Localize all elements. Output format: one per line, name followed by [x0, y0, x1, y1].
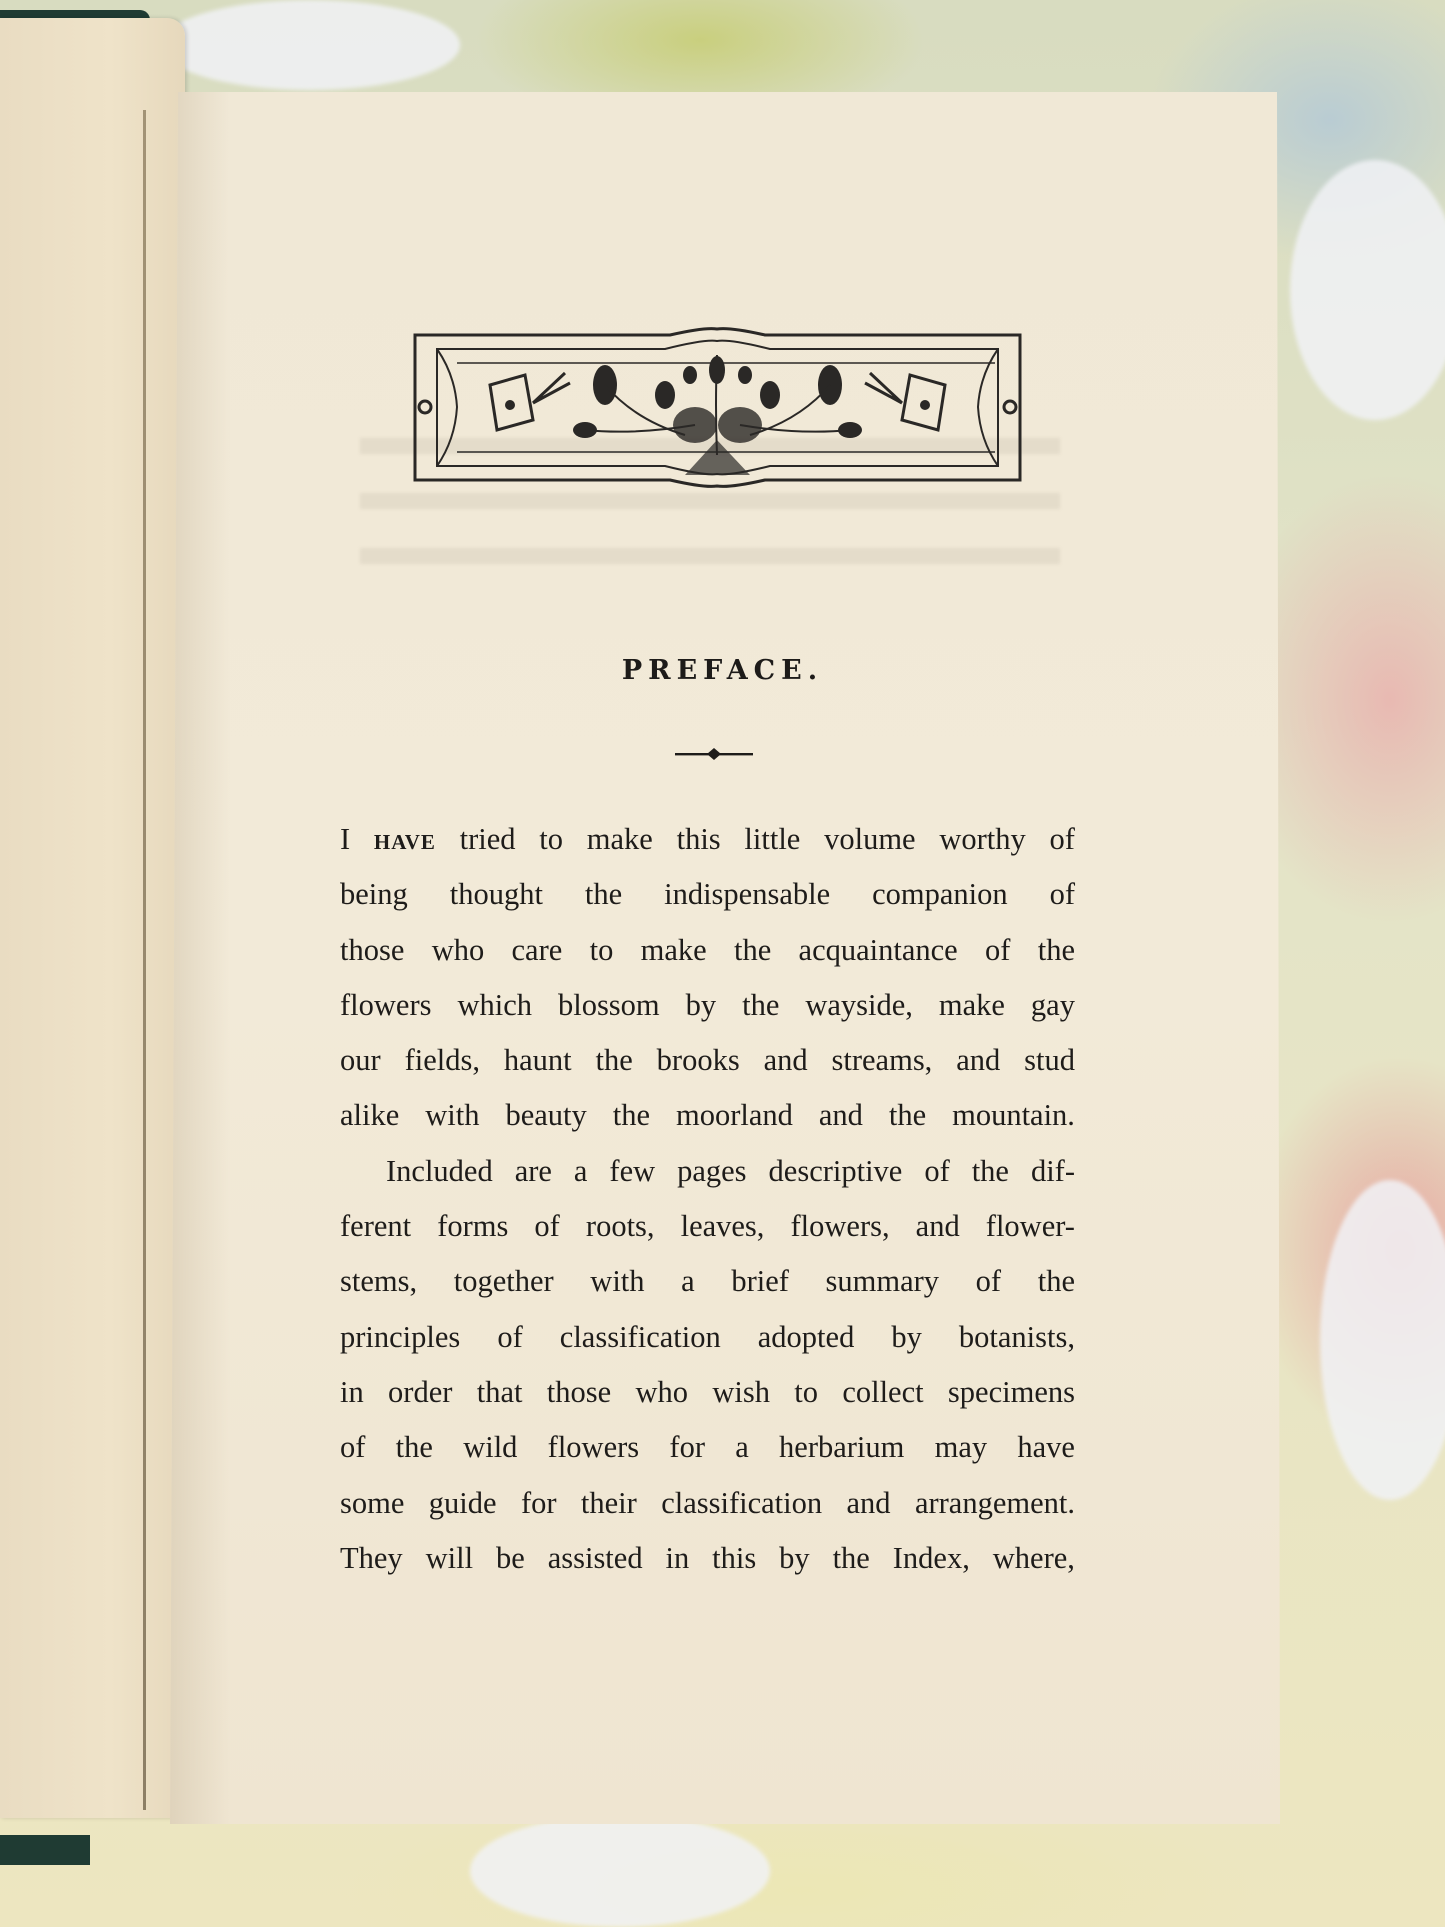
- word: by: [891, 1310, 922, 1365]
- fabric-fluff: [470, 1815, 770, 1927]
- word: ferent: [340, 1199, 411, 1254]
- word: will: [426, 1531, 473, 1586]
- word: little: [744, 812, 800, 867]
- word: acquaintance: [799, 923, 958, 978]
- word: this: [677, 812, 721, 867]
- word: a: [735, 1420, 749, 1475]
- word: indispensable: [664, 867, 830, 922]
- word: the: [1038, 923, 1075, 978]
- word: They: [340, 1531, 403, 1586]
- word: have: [374, 812, 436, 867]
- word: make: [641, 923, 707, 978]
- left-page: [0, 18, 185, 1818]
- word: those: [547, 1365, 611, 1420]
- word: a: [681, 1254, 695, 1309]
- word: the: [596, 1033, 633, 1088]
- text-line: inorderthatthosewhowishtocollectspecimen…: [340, 1365, 1075, 1420]
- word: herbarium: [779, 1420, 904, 1475]
- text-line: ourfields,hauntthebrooksandstreams,andst…: [340, 1033, 1075, 1088]
- word: have: [1017, 1420, 1075, 1475]
- word: volume: [824, 812, 916, 867]
- fabric-fluff: [160, 0, 460, 90]
- word: mountain.: [952, 1088, 1075, 1143]
- word: be: [496, 1531, 525, 1586]
- word: the: [833, 1531, 870, 1586]
- word: that: [477, 1365, 523, 1420]
- word: our: [340, 1033, 381, 1088]
- word: wild: [463, 1420, 517, 1475]
- word: Included: [386, 1144, 493, 1199]
- text-line: ferentformsofroots,leaves,flowers,andflo…: [340, 1199, 1075, 1254]
- word: alike: [340, 1088, 399, 1143]
- book-gutter: [143, 110, 146, 1810]
- word: assisted: [548, 1531, 643, 1586]
- text-line: ofthewildflowersforaherbariummayhave: [340, 1420, 1075, 1475]
- word: wayside,: [805, 978, 913, 1033]
- word: this: [712, 1531, 756, 1586]
- word: botanists,: [959, 1310, 1075, 1365]
- word: brooks: [657, 1033, 740, 1088]
- word: leaves,: [681, 1199, 765, 1254]
- word: and: [764, 1033, 808, 1088]
- word: classification: [661, 1476, 822, 1531]
- text-line: principlesofclassificationadoptedbybotan…: [340, 1310, 1075, 1365]
- word: summary: [826, 1254, 940, 1309]
- word: some: [340, 1476, 404, 1531]
- word: of: [985, 923, 1010, 978]
- word: the: [734, 923, 771, 978]
- word: the: [1038, 1254, 1075, 1309]
- word: to: [539, 812, 563, 867]
- word: flower-: [986, 1199, 1075, 1254]
- word: haunt: [504, 1033, 572, 1088]
- word: to: [590, 923, 614, 978]
- text-line: thosewhocaretomaketheacquaintanceofthe: [340, 923, 1075, 978]
- word: make: [939, 978, 1005, 1033]
- word: those: [340, 923, 404, 978]
- word: which: [457, 978, 532, 1033]
- word: may: [935, 1420, 988, 1475]
- word: dif-: [1031, 1144, 1075, 1199]
- text-line: Includedareafewpagesdescriptiveofthedif-: [340, 1144, 1075, 1199]
- word: together: [454, 1254, 554, 1309]
- word: worthy: [939, 812, 1025, 867]
- text-line: stems,togetherwithabriefsummaryofthe: [340, 1254, 1075, 1309]
- word: classification: [560, 1310, 721, 1365]
- word: in: [340, 1365, 364, 1420]
- word: streams,: [832, 1033, 933, 1088]
- word: stud: [1024, 1033, 1075, 1088]
- word: the: [613, 1088, 650, 1143]
- word: order: [388, 1365, 452, 1420]
- word: for: [669, 1420, 705, 1475]
- word: collect: [842, 1365, 923, 1420]
- word: to: [794, 1365, 818, 1420]
- word: the: [742, 978, 779, 1033]
- text-line: someguidefortheirclassificationandarrang…: [340, 1476, 1075, 1531]
- word: of: [340, 1420, 365, 1475]
- word: forms: [437, 1199, 508, 1254]
- word: of: [976, 1254, 1001, 1309]
- word: of: [924, 1144, 949, 1199]
- word: a: [574, 1144, 588, 1199]
- word: I: [340, 812, 350, 867]
- word: specimens: [948, 1365, 1075, 1420]
- text-line: beingthoughttheindispensablecompanionof: [340, 867, 1075, 922]
- word: who: [432, 923, 485, 978]
- word: tried: [460, 812, 516, 867]
- word: flowers,: [791, 1199, 890, 1254]
- word: of: [1050, 812, 1075, 867]
- word: and: [819, 1088, 863, 1143]
- word: being: [340, 867, 408, 922]
- floral-butterfly-headpiece-icon: [405, 325, 1030, 490]
- word: fields,: [405, 1033, 480, 1088]
- word: stems,: [340, 1254, 417, 1309]
- text-line: alikewithbeautythemoorlandandthemountain…: [340, 1088, 1075, 1143]
- word: beauty: [505, 1088, 586, 1143]
- word: thought: [450, 867, 543, 922]
- word: in: [666, 1531, 690, 1586]
- text-line: TheywillbeassistedinthisbytheIndex,where…: [340, 1531, 1075, 1586]
- word: where,: [993, 1531, 1075, 1586]
- text-line: flowerswhichblossombythewayside,makegay: [340, 978, 1075, 1033]
- preface-body: Ihavetriedtomakethislittlevolumeworthyof…: [340, 812, 1075, 1586]
- word: and: [916, 1199, 960, 1254]
- word: arrangement.: [915, 1476, 1075, 1531]
- fabric-fluff: [1290, 160, 1445, 420]
- word: descriptive: [769, 1144, 903, 1199]
- word: and: [956, 1033, 1000, 1088]
- word: care: [512, 923, 563, 978]
- word: flowers: [340, 978, 431, 1033]
- word: with: [425, 1088, 479, 1143]
- word: blossom: [558, 978, 660, 1033]
- book-cover-edge-bottom: [0, 1835, 90, 1865]
- word: moorland: [676, 1088, 793, 1143]
- fabric-fluff: [1320, 1180, 1445, 1500]
- word: flowers: [548, 1420, 639, 1475]
- word: companion: [872, 867, 1008, 922]
- word: roots,: [586, 1199, 655, 1254]
- word: the: [396, 1420, 433, 1475]
- word: few: [609, 1144, 655, 1199]
- word: of: [534, 1199, 559, 1254]
- word: are: [515, 1144, 552, 1199]
- word: who: [635, 1365, 688, 1420]
- text-line: Ihavetriedtomakethislittlevolumeworthyof: [340, 812, 1075, 867]
- word: pages: [677, 1144, 746, 1199]
- word: adopted: [758, 1310, 855, 1365]
- word: make: [587, 812, 653, 867]
- word: of: [497, 1310, 522, 1365]
- word: for: [521, 1476, 557, 1531]
- word: of: [1050, 867, 1075, 922]
- word: by: [779, 1531, 810, 1586]
- word: with: [590, 1254, 644, 1309]
- word: Index,: [893, 1531, 970, 1586]
- word: guide: [429, 1476, 497, 1531]
- word: the: [585, 867, 622, 922]
- word: brief: [731, 1254, 789, 1309]
- word: wish: [712, 1365, 770, 1420]
- word: and: [847, 1476, 891, 1531]
- word: the: [889, 1088, 926, 1143]
- diamond-rule-divider-icon: [675, 747, 753, 761]
- page-title: PREFACE.: [0, 655, 1445, 686]
- word: their: [581, 1476, 637, 1531]
- word: principles: [340, 1310, 460, 1365]
- word: the: [972, 1144, 1009, 1199]
- word: gay: [1031, 978, 1075, 1033]
- word: by: [686, 978, 717, 1033]
